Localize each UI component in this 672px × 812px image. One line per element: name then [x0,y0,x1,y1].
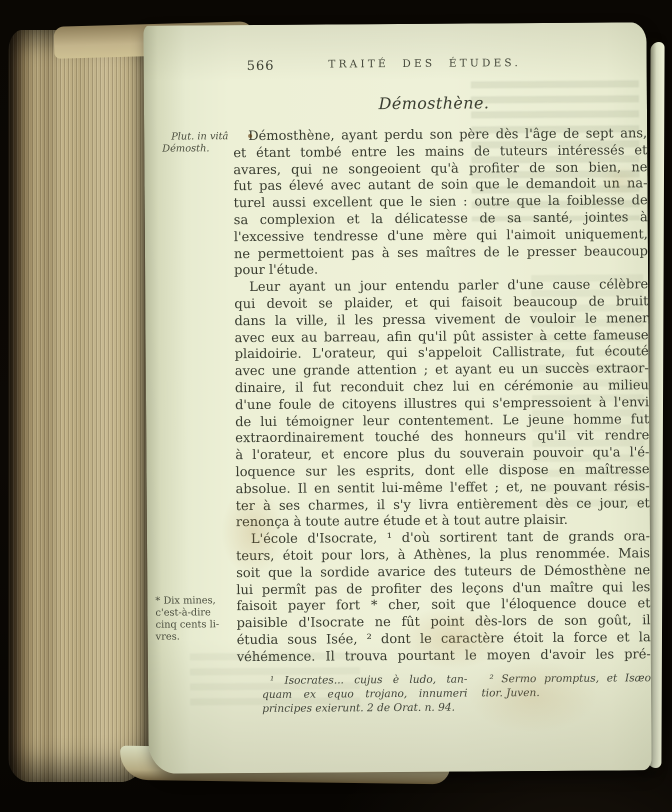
margin-note-footnote: * Dix mines,c'est-à-direcinq cents li-vr… [155,595,235,644]
text-line: * Dix mines, [155,595,235,608]
text-line: ¹ Isocrates... cujus è ludo, tan- [262,674,468,689]
text-line: ² Sermo promptus, et Isæo torren- [481,672,651,687]
page-number: 566 [247,59,275,74]
footnote-left-column: ¹ Isocrates... cujus è ludo, tan-quam ex… [262,674,468,717]
text-line: véhémence. Il trouva pourtant le moyen d… [237,647,651,667]
text-line: quam ex equo trojano, innumeri [262,687,468,702]
page-header: 566 TRAITÉ DES ÉTUDES. [233,56,647,71]
text-line: principes exierunt. 2 de Orat. n. 94. [262,701,468,716]
margin-note-citation: Plut. in vitâDémosth. [162,131,242,156]
book-page: 566 TRAITÉ DES ÉTUDES. Démosthène. Plut.… [143,22,651,773]
section-title: Démosthène. [233,92,647,114]
book-page-edges [8,30,150,782]
text-line: c'est-à-dire [155,607,235,620]
footnotes: ¹ Isocrates... cujus è ludo, tan-quam ex… [237,672,651,716]
text-line: cinq cents li- [156,619,236,632]
text-line: Démosth. [162,143,242,156]
text-line: tior. Juven. [481,686,651,701]
text-line: Plut. in vitâ [162,131,242,144]
book-photo: 566 TRAITÉ DES ÉTUDES. Démosthène. Plut.… [0,0,672,812]
footnote-right-column: ² Sermo promptus, et Isæo torren-tior. J… [481,672,651,715]
text-line: vres. [156,631,236,644]
text-line: ne permettoient pas à ses maîtres de le … [234,244,648,264]
running-title: TRAITÉ DES ÉTUDES. [233,56,647,71]
text-line: ter à ses charmes, il s'y livra entièrem… [236,496,650,516]
ink-speck [248,134,252,138]
body-text: Démosthène, ayant perdu son père dès l'â… [233,126,651,666]
